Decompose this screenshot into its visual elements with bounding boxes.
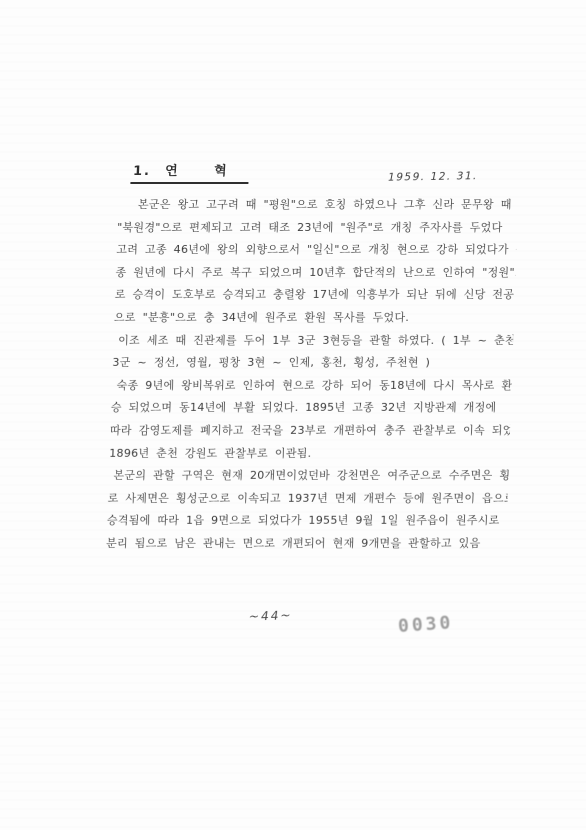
handwritten-line: 로 사제면은 횡성군으로 이속되고 1937년 면제 개편수 등에 원주면이 읍… — [107, 488, 508, 511]
page-number: ~44~ — [248, 608, 294, 624]
handwritten-line: 승격됨에 따라 1읍 9면으로 되었다가 1955년 9월 1일 원주읍이 원주… — [106, 510, 507, 533]
section-title: 1.연 혁 — [130, 160, 249, 184]
handwritten-line: "북원경"으로 편제되고 고려 태조 23년에 "원주"로 개칭 주자사를 두었… — [117, 217, 518, 240]
handwritten-line: 3군 ~ 정선, 영월, 평창 3현 ~ 인제, 홍천, 횡성, 주천현 ) — [112, 352, 513, 375]
handwritten-line: 본군의 관할 구역은 현재 20개면이었던바 강천면은 여주군으로 수주면은 횡… — [108, 465, 509, 488]
handwritten-line: 종 원년에 다시 주로 복구 되었으며 10년후 합단적의 난으로 인하여 "정… — [115, 262, 516, 285]
handwritten-line: 승 되었으며 동14년에 부활 되었다. 1895년 고종 32년 지방관제 개… — [110, 397, 511, 420]
scanned-document-page: 1.연 혁 1959. 12. 31. 본군은 왕고 고구려 때 "평원"으로 … — [0, 0, 586, 830]
handwritten-line: 이조 세조 때 진관제를 두어 1부 3군 3현등을 관할 하였다. ( 1부 … — [113, 330, 514, 353]
handwritten-line: 으로 "분흥"으로 충 34년에 원주로 환원 목사를 두었다. — [114, 307, 515, 330]
handwritten-date: 1959. 12. 31. — [387, 170, 490, 184]
handwritten-line: 로 승격이 도호부로 승격되고 충렬왕 17년에 익흥부가 되난 뒤에 신당 전… — [114, 284, 515, 307]
section-title-text: 연 혁 — [165, 164, 243, 179]
handwritten-line: 따라 감영도제를 폐지하고 전국을 23부로 개편하여 충주 관찰부로 이속 되… — [110, 420, 511, 443]
stamp-number: 0030 — [397, 612, 454, 637]
section-number: 1. — [133, 164, 152, 179]
handwritten-line: 본군은 왕고 고구려 때 "평원"으로 호칭 하였으나 그후 신라 문무왕 때 — [118, 194, 519, 217]
handwritten-line: 1896년 춘천 강원도 관찰부로 이관됨. — [109, 443, 510, 466]
handwritten-body: 본군은 왕고 고구려 때 "평원"으로 호칭 하였으나 그후 신라 문무왕 때 … — [106, 194, 519, 556]
handwritten-line: 고려 고종 46년에 왕의 외향으로서 "일신"으로 개칭 현으로 강하 되었다… — [116, 239, 517, 262]
handwritten-line: 숙종 9년에 왕비복위로 인하여 현으로 강하 되어 동18년에 다시 목사로 … — [111, 375, 512, 398]
handwritten-line: 분리 됨으로 남은 관내는 면으로 개편되어 현재 9개면을 관할하고 있음 — [106, 533, 507, 556]
